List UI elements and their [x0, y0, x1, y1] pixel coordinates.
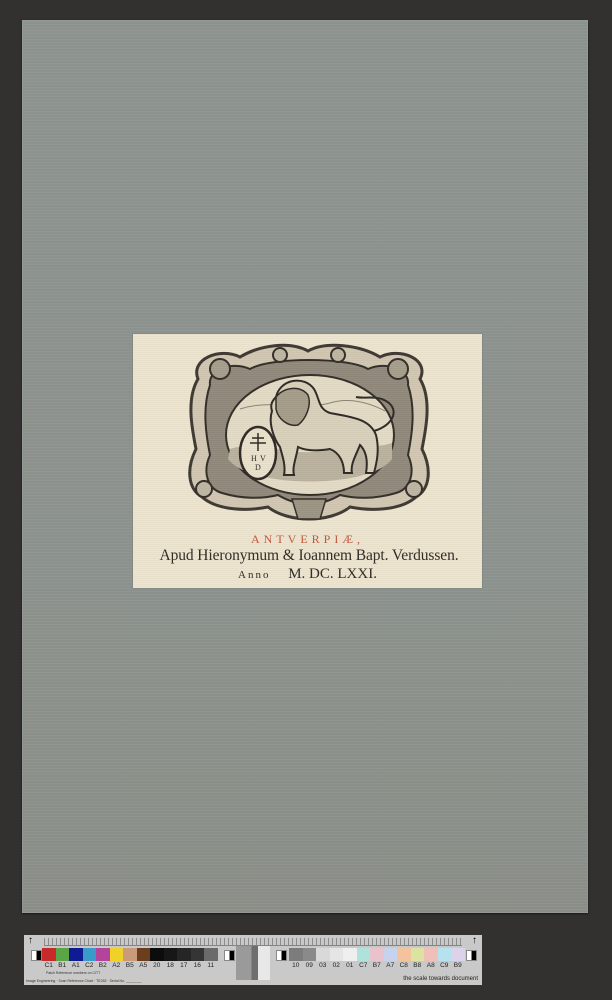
color-patch-code: C9	[438, 962, 452, 969]
color-patch-code: C1	[42, 962, 56, 969]
color-patch	[69, 948, 83, 961]
chart-identifier: Image Engineering · Scan Reference Chart…	[26, 979, 142, 983]
color-patch-code: 16	[191, 962, 205, 969]
color-patch-code: A1	[69, 962, 83, 969]
up-arrow-icon: ↑	[472, 936, 477, 946]
color-patch-code: 10	[289, 962, 303, 969]
color-patch-code: A7	[384, 962, 398, 969]
color-patch	[384, 948, 398, 961]
shield-monogram-h: H	[251, 454, 257, 463]
color-patch	[164, 948, 178, 961]
color-patch-code: 09	[303, 962, 317, 969]
scale-note: the scale towards document	[403, 976, 478, 982]
color-patch	[150, 948, 164, 961]
imprint-printer: Apud Hieronymum & Ioannem Bapt. Verdusse…	[136, 547, 482, 565]
color-patch-code: B7	[370, 962, 384, 969]
color-patch-code: C8	[397, 962, 411, 969]
imprint-year: M. DC. LXXI.	[288, 566, 377, 582]
color-patches-light	[289, 948, 465, 961]
shield-monogram-d: D	[255, 463, 261, 472]
color-patch-code: B5	[123, 962, 137, 969]
color-patch	[137, 948, 151, 961]
color-scale-bar: ↑ ↑ C1B1A1C2B2A2B5A52018171611 100903020…	[24, 935, 482, 985]
color-patch	[123, 948, 137, 961]
color-patch-codes-dark: C1B1A1C2B2A2B5A52018171611	[42, 962, 218, 969]
color-patch-code: A8	[424, 962, 438, 969]
color-patch-code: B1	[56, 962, 70, 969]
color-patch	[411, 948, 425, 961]
imprint-city: ANTVERPIÆ,	[133, 532, 482, 547]
color-patch	[316, 948, 330, 961]
lion-printer-device-emblem: H V D	[180, 339, 438, 525]
color-patch	[397, 948, 411, 961]
color-patch-code: 18	[164, 962, 178, 969]
color-patch	[83, 948, 97, 961]
color-patch-code: C2	[83, 962, 97, 969]
color-patch	[110, 948, 124, 961]
color-patch-codes-light: 1009030201C7B7A7C8B8A8C9B9	[289, 962, 465, 969]
grey-target-right-a	[276, 950, 287, 961]
patch-reference-note: Patch Reference numbers on CITT	[46, 971, 100, 975]
color-patch-code: 11	[204, 962, 218, 969]
color-patch-code: 01	[343, 962, 357, 969]
color-patch	[451, 948, 465, 961]
color-patch	[357, 948, 371, 961]
color-patch-code: B8	[411, 962, 425, 969]
up-arrow-icon: ↑	[28, 936, 33, 946]
grey-target-right-b	[466, 950, 477, 961]
color-patch	[177, 948, 191, 961]
color-patch	[370, 948, 384, 961]
grey-target-left	[31, 950, 42, 961]
color-patch	[424, 948, 438, 961]
imprint-label: H V D ANTVERPIÆ, Apud Hieronymum & Ioann…	[133, 334, 482, 588]
ruler	[44, 938, 462, 946]
color-patch-code: C7	[357, 962, 371, 969]
color-patch	[96, 948, 110, 961]
color-patch-code: A2	[110, 962, 124, 969]
shield-monogram-v: V	[260, 454, 266, 463]
color-patch	[330, 948, 344, 961]
color-patches-dark	[42, 948, 218, 961]
color-patch-code: 03	[316, 962, 330, 969]
grey-density-block	[236, 946, 270, 980]
color-patch	[204, 948, 218, 961]
color-patch	[343, 948, 357, 961]
color-patch-code: 20	[150, 962, 164, 969]
color-patch	[42, 948, 56, 961]
color-patch-code: B9	[451, 962, 465, 969]
color-patch	[191, 948, 205, 961]
grey-target-mid	[224, 950, 235, 961]
color-patch	[56, 948, 70, 961]
color-patch	[303, 948, 317, 961]
color-patch-code: 17	[177, 962, 191, 969]
color-patch	[289, 948, 303, 961]
imprint-year-label: Anno	[238, 569, 270, 581]
color-patch-code: B2	[96, 962, 110, 969]
color-patch	[438, 948, 452, 961]
color-patch-code: 02	[330, 962, 344, 969]
color-patch-code: A5	[137, 962, 151, 969]
imprint-year-line: Anno M. DC. LXXI.	[133, 566, 482, 583]
